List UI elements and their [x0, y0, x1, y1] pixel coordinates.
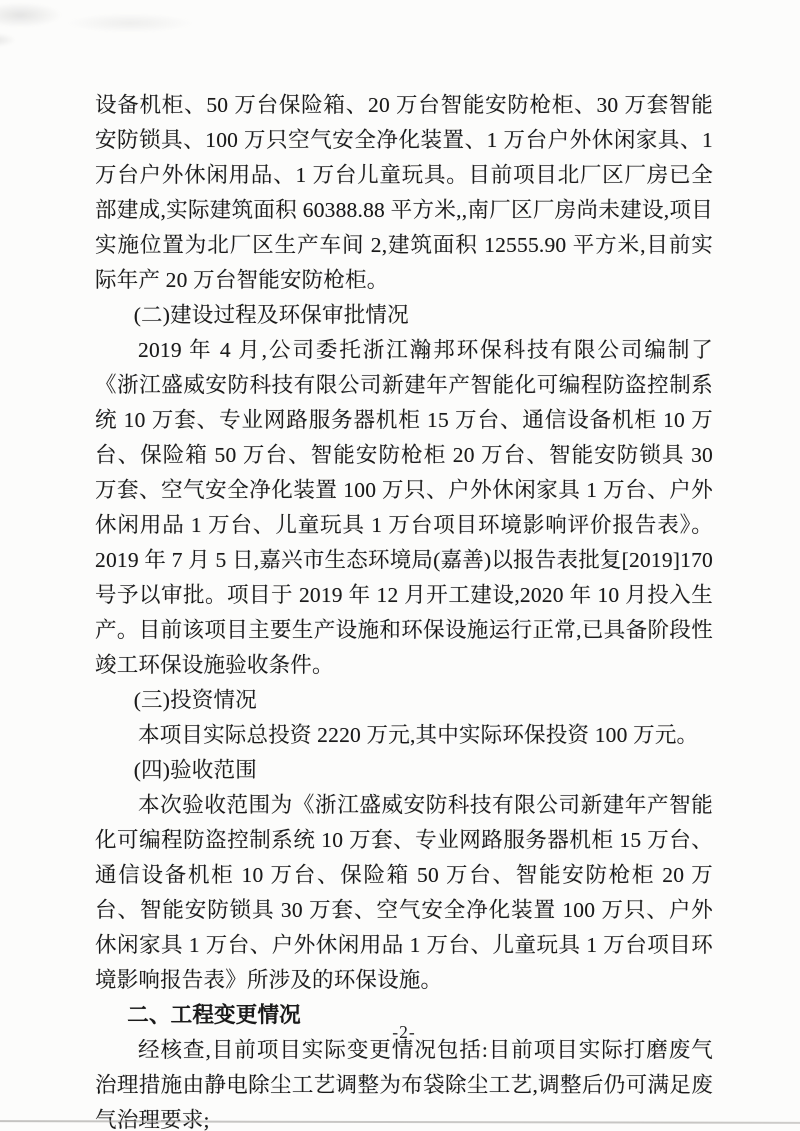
heading-construction-approval: (二)建设过程及环保审批情况: [95, 298, 713, 333]
scan-smudge-artifact: [0, 0, 240, 65]
paragraph-investment-amount: 本项目实际总投资 2220 万元,其中实际环保投资 100 万元。: [95, 718, 713, 753]
heading-acceptance-scope: (四)验收范围: [95, 753, 713, 788]
page-number: -2-: [95, 1022, 713, 1043]
heading-investment: (三)投资情况: [95, 683, 713, 718]
paragraph-acceptance-scope: 本次验收范围为《浙江盛威安防科技有限公司新建年产智能化可编程防盗控制系统 10 …: [95, 788, 713, 998]
scanned-document-page: 设备机柜、50 万台保险箱、20 万台智能安防枪柜、30 万套智能安防锁具、10…: [0, 0, 800, 1131]
document-text-block: 设备机柜、50 万台保险箱、20 万台智能安防枪柜、30 万套智能安防锁具、10…: [95, 88, 713, 1131]
paragraph-approval-history: 2019 年 4 月,公司委托浙江瀚邦环保科技有限公司编制了《浙江盛威安防科技有…: [95, 333, 713, 683]
paragraph-change-details: 经核查,目前项目实际变更情况包括:目前项目实际打磨废气治理措施由静电除尘工艺调整…: [95, 1033, 713, 1131]
paragraph-product-scale-continued: 设备机柜、50 万台保险箱、20 万台智能安防枪柜、30 万套智能安防锁具、10…: [95, 88, 713, 298]
